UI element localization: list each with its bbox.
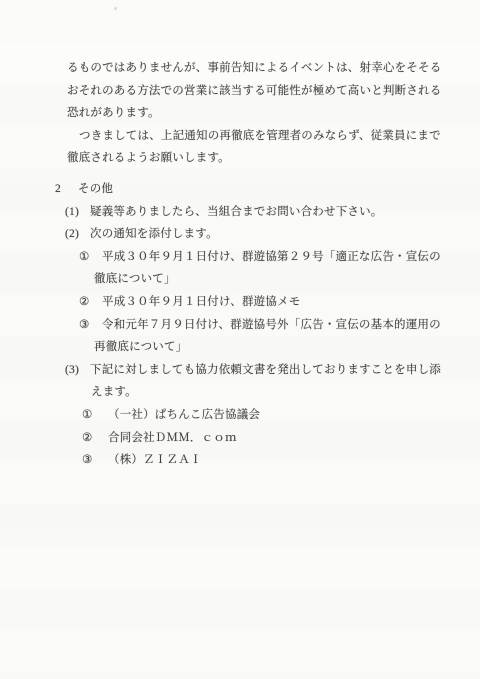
sub-item-text: 平成３０年９月１日付け、群遊協第２９号「適正な広告・宣伝の — [102, 246, 441, 269]
list-item: (3) 下記に対しましても協力依頼文書を発出しておりますことを申し添 — [65, 359, 480, 382]
sub-list-item: ② 平成３０年９月１日付け、群遊協メモ — [79, 291, 480, 314]
paragraph-line: 恐れがあります。 — [67, 102, 480, 125]
scan-artifact-speck — [114, 7, 117, 10]
item-text: 疑義等ありましたら、当組合までお問い合わせ下さい。 — [90, 201, 383, 224]
circled-number-marker: ② — [82, 427, 108, 450]
section-number: 2 — [55, 178, 78, 201]
scanned-document-page: るものではありませんが、事前告知によるイベントは、射幸心をそそる おそれのある方… — [0, 0, 480, 679]
sub-item-continuation: 徹底について」 — [94, 268, 480, 291]
list-item: (2) 次の通知を添付します。 — [65, 223, 480, 246]
sub-item-continuation: 再徹底について」 — [94, 336, 480, 359]
item-label: (3) — [65, 359, 90, 382]
sub-item-text: 平成３０年９月１日付け、群遊協メモ — [102, 291, 300, 314]
document-body: るものではありませんが、事前告知によるイベントは、射幸心をそそる おそれのある方… — [0, 57, 480, 472]
paragraph-line: 徹底されるようお願いします。 — [67, 147, 480, 170]
section-heading: 2 その他 — [55, 178, 480, 201]
circled-number-marker: ① — [79, 246, 102, 269]
sub-list-item: ① 平成３０年９月１日付け、群遊協第２９号「適正な広告・宣伝の — [79, 246, 480, 269]
item-text: 下記に対しましても協力依頼文書を発出しておりますことを申し添 — [90, 359, 441, 382]
sub-item-text: （株）ＺＩＺＡＩ — [108, 449, 202, 472]
sub-item-text: 合同会社ＤＭＭ．ｃｏｍ — [108, 427, 237, 450]
circled-number-marker: ③ — [82, 449, 108, 472]
sub-list-item: ① （一社）ぱちんこ広告協議会 — [82, 404, 480, 427]
sub-list-item: ③ 令和元年７月９日付け、群遊協号外「広告・宣伝の基本的運用の — [79, 314, 480, 337]
item-text: 次の通知を添付します。 — [90, 223, 218, 246]
sub-list-item: ③ （株）ＺＩＺＡＩ — [82, 449, 480, 472]
circled-number-marker: ③ — [79, 314, 102, 337]
paragraph-line: るものではありませんが、事前告知によるイベントは、射幸心をそそる — [67, 57, 480, 80]
sub-item-text: （一社）ぱちんこ広告協議会 — [108, 404, 260, 427]
item-label: (2) — [65, 223, 90, 246]
circled-number-marker: ① — [82, 404, 108, 427]
section-title: その他 — [78, 178, 113, 201]
item-continuation: えます。 — [91, 381, 480, 404]
paragraph-line: つきましては、上記通知の再徹底を管理者のみならず、従業員にまで — [79, 125, 480, 148]
list-item: (1) 疑義等ありましたら、当組合までお問い合わせ下さい。 — [65, 201, 480, 224]
sub-item-text: 令和元年７月９日付け、群遊協号外「広告・宣伝の基本的運用の — [102, 314, 441, 337]
sub-list-item: ② 合同会社ＤＭＭ．ｃｏｍ — [82, 427, 480, 450]
paragraph-line: おそれのある方法での営業に該当する可能性が極めて高いと判断される — [67, 80, 480, 103]
item-label: (1) — [65, 201, 90, 224]
circled-number-marker: ② — [79, 291, 102, 314]
